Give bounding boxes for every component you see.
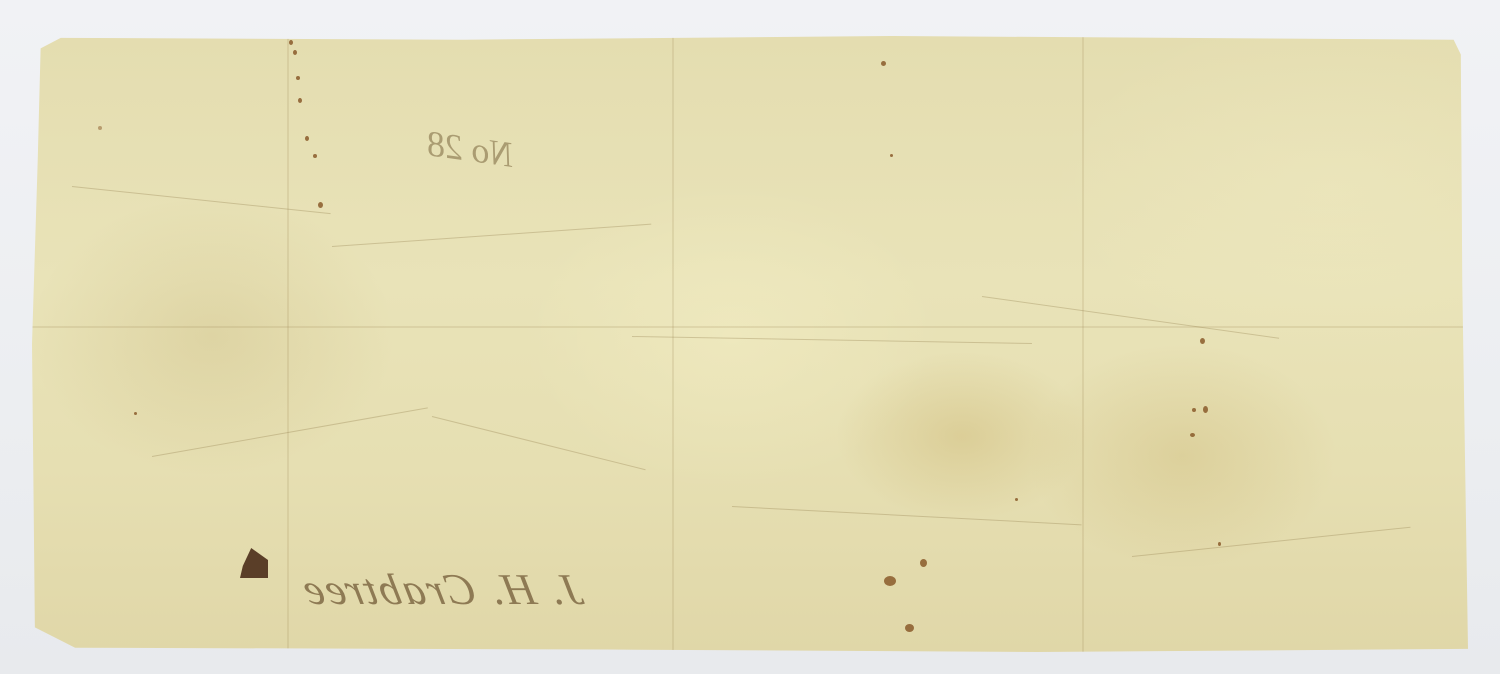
stain-spot (905, 624, 914, 632)
paper-crack (72, 186, 331, 214)
stain-spot (1200, 338, 1205, 344)
handwritten-signature: J. H. Crabtree (297, 564, 588, 615)
fold-crease (32, 326, 1468, 328)
paper-crack (982, 296, 1279, 339)
stain-spot (134, 412, 137, 415)
fold-crease (672, 36, 674, 652)
stain-spot (1218, 542, 1221, 546)
stain-spot (293, 50, 297, 55)
fold-crease (287, 36, 289, 652)
stain-spot (884, 576, 896, 586)
fold-crease (1082, 36, 1084, 652)
handwritten-notation: No 28 (425, 122, 517, 176)
stain-spot (296, 76, 300, 80)
stain-spot (318, 202, 323, 208)
stain-spot (313, 154, 317, 158)
stain-spot (298, 98, 302, 103)
paper-crack (1132, 527, 1411, 557)
banknote-reverse: No 28 J. H. Crabtree (32, 36, 1468, 652)
stain-spot (1015, 498, 1018, 501)
paper-crack (332, 224, 651, 247)
stain-spot (920, 559, 927, 567)
stain-spot (881, 61, 886, 66)
stain-spot (1192, 408, 1196, 412)
stain-spot (1190, 433, 1195, 437)
torn-spot (240, 548, 268, 578)
photo-scene: No 28 J. H. Crabtree (0, 0, 1500, 674)
stain-spot (289, 40, 293, 45)
paper-crack (732, 506, 1082, 525)
paper-crack (632, 336, 1032, 344)
paper-crack (152, 407, 428, 457)
stain-spot (98, 126, 102, 130)
paper-crack (432, 416, 646, 470)
stain-spot (890, 154, 893, 157)
stain-spot (1203, 406, 1208, 413)
stain-spot (305, 136, 309, 141)
